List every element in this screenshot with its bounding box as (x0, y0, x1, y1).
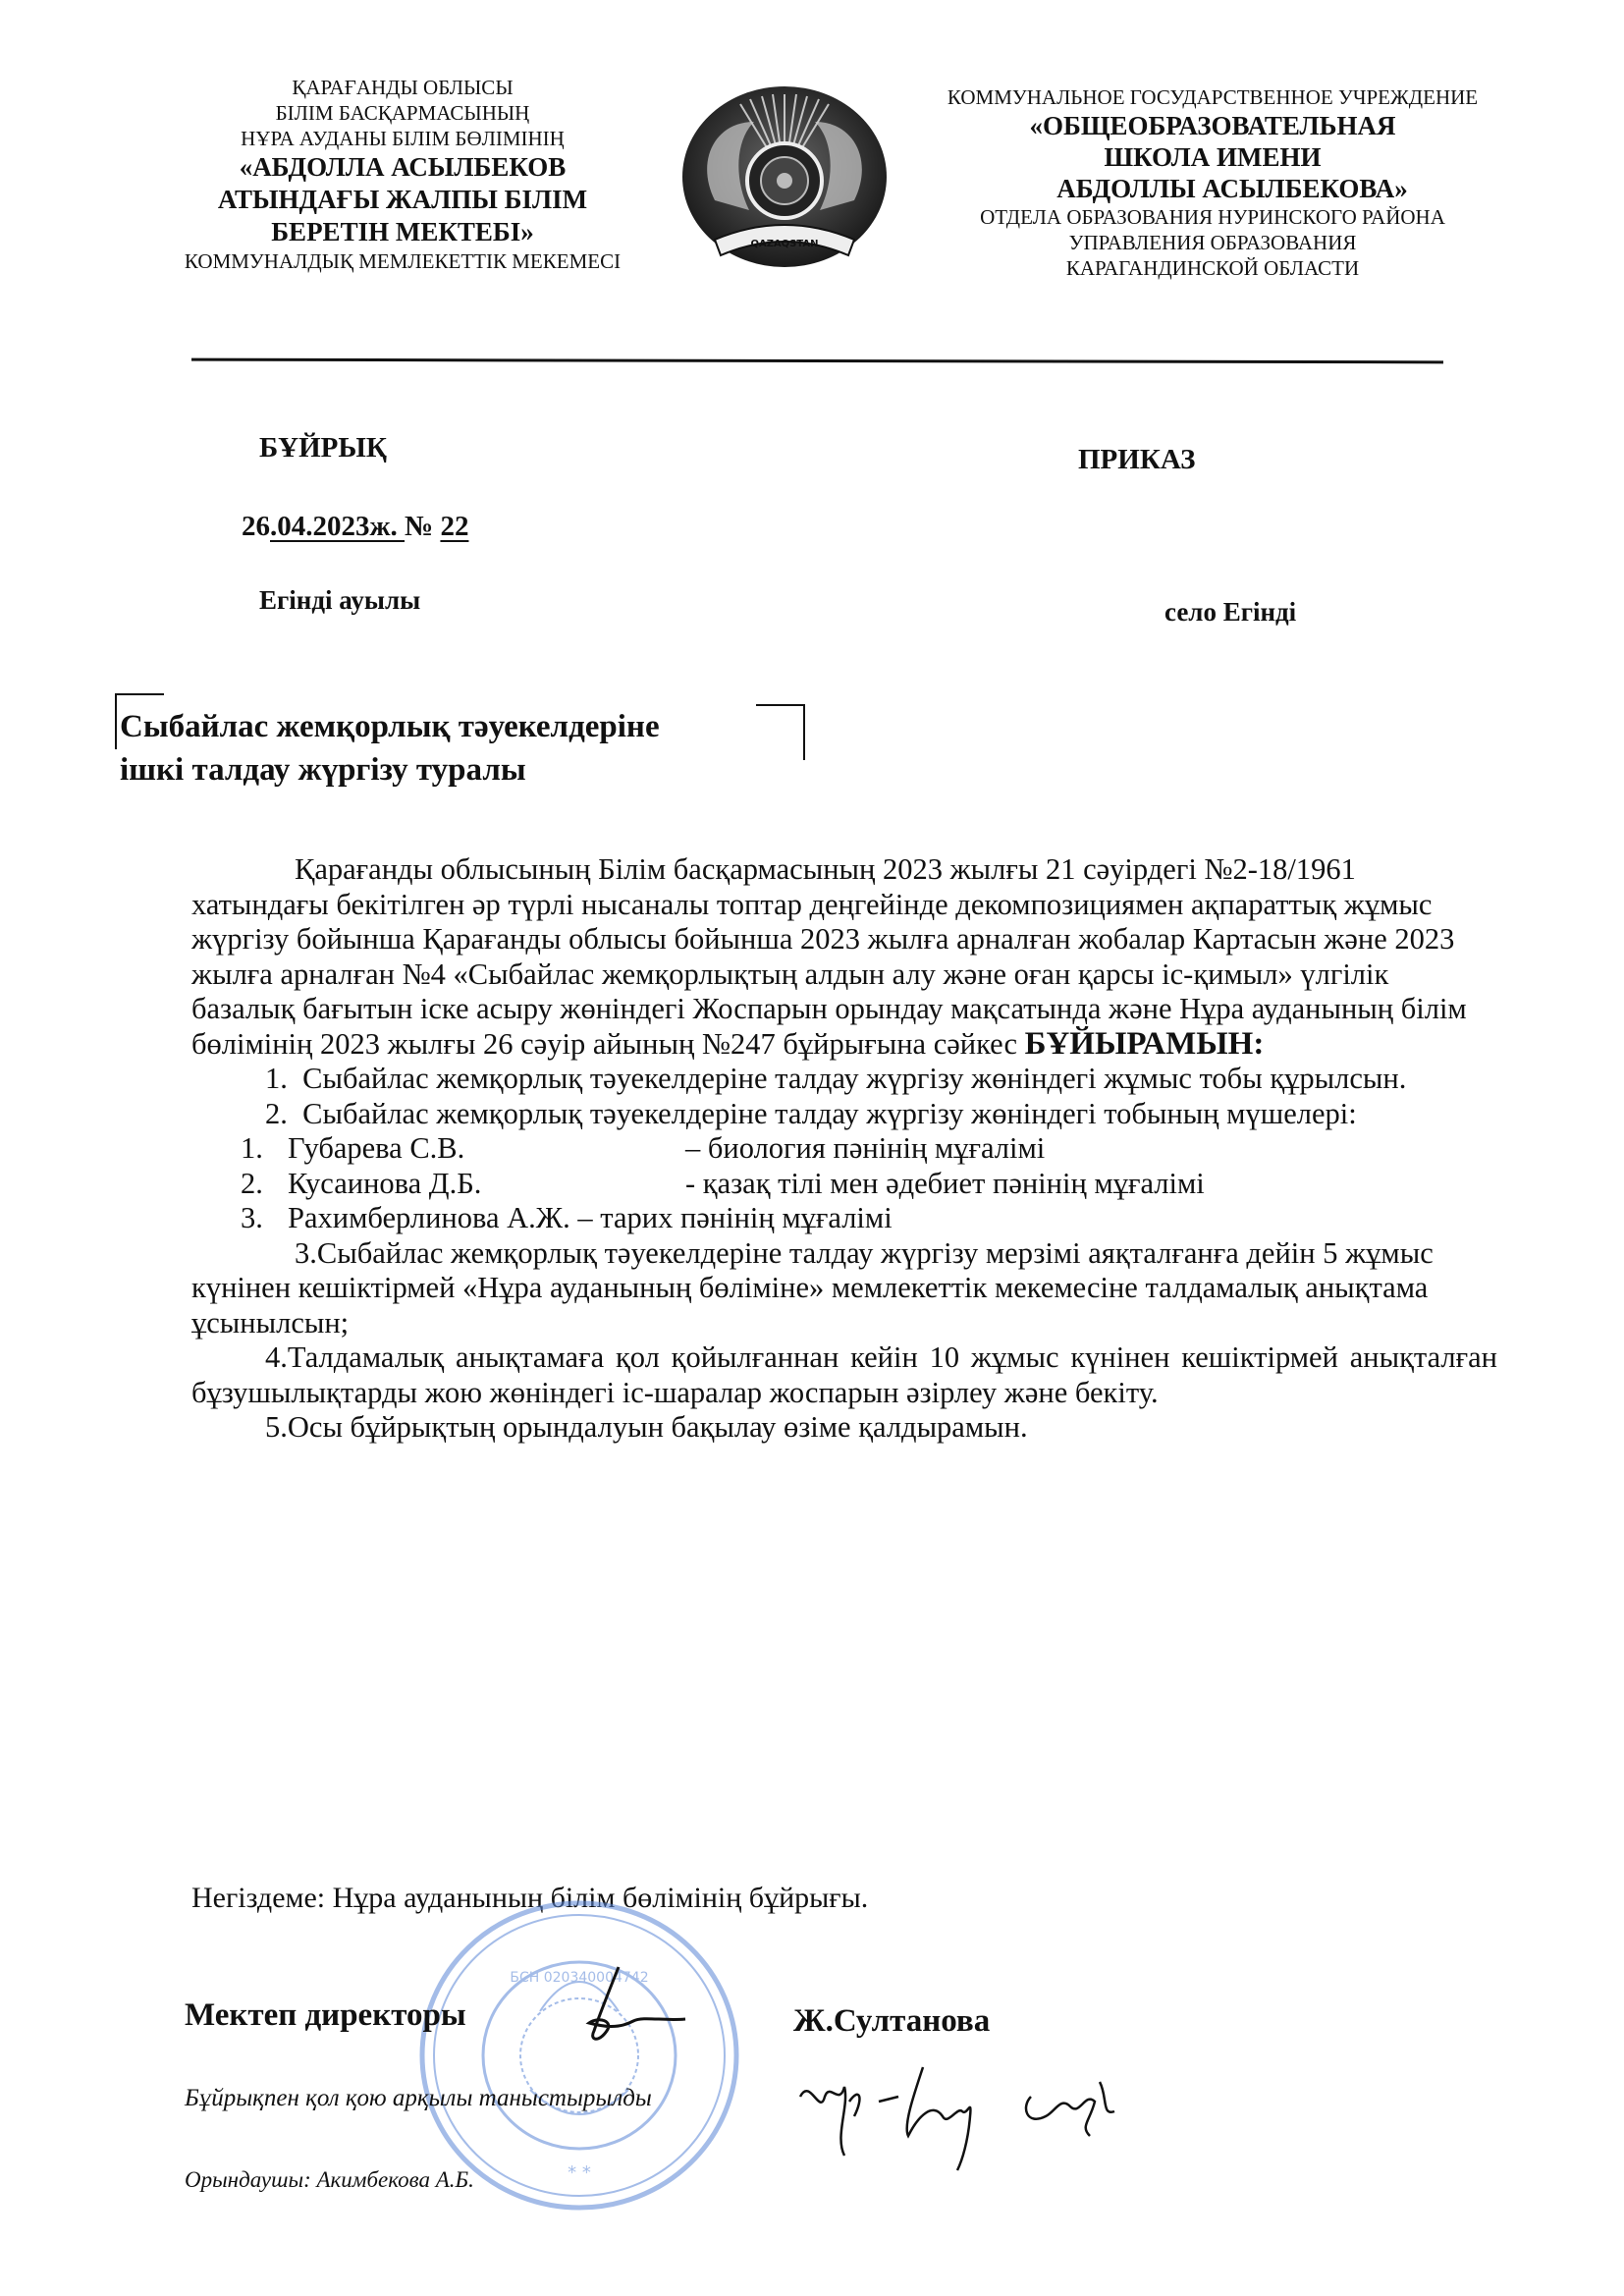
order-number-sign: № (405, 511, 440, 542)
preamble-paragraph: Қарағанды облысының Білім басқармасының … (191, 852, 1497, 1062)
order-date: .04.2023ж. (270, 511, 405, 542)
school-name-line: «АБДОЛЛА АСЫЛБЕКОВ (137, 151, 668, 184)
director-signature-icon (569, 1962, 687, 2050)
order-word: БҰЙЫРАМЫН: (1025, 1026, 1265, 1062)
order-item-2: 2. Сыбайлас жемқорлық тәуекелдеріне талд… (191, 1097, 1497, 1132)
header-line: БІЛІМ БАСҚАРМАСЫНЫҢ (137, 100, 668, 126)
order-date-number: 26.04.2023ж. № 22 (242, 511, 468, 543)
svg-text:QAZAQSTAN: QAZAQSTAN (750, 239, 818, 249)
header-left-kz: ҚАРАҒАНДЫ ОБЛЫСЫ БІЛІМ БАСҚАРМАСЫНЫҢ НҰР… (137, 75, 668, 274)
acknowledgement-signatures-icon (795, 2057, 1218, 2175)
member-row: 2. Кусаинова Д.Б. - қазақ тілі мен әдеби… (191, 1167, 1497, 1202)
header-line: УПРАВЛЕНИЯ ОБРАЗОВАНИЯ (903, 230, 1522, 255)
svg-text:* *: * * (568, 2162, 591, 2183)
member-name: Рахимберлинова А.Ж. – тарих пәнінің мұға… (288, 1201, 893, 1236)
order-item-5: 5.Осы бұйрықтың орындалуын бақылау өзіме… (191, 1410, 1497, 1446)
title-line: ішкі талдау жүргізу туралы (120, 748, 660, 792)
member-role: – биология пәнінің мұғалімі (685, 1131, 1045, 1167)
order-date-day: 26 (242, 511, 270, 542)
order-body: Қарағанды облысының Білім басқармасының … (191, 852, 1497, 1446)
member-row: 3. Рахимберлинова А.Ж. – тарих пәнінің м… (191, 1201, 1497, 1236)
header-line: ОТДЕЛА ОБРАЗОВАНИЯ НУРИНСКОГО РАЙОНА (903, 204, 1522, 230)
executor-line: Орындаушы: Акимбекова А.Б. (185, 2167, 474, 2193)
title-line: Сыбайлас жемқорлық тәуекелдеріне (120, 705, 660, 748)
school-name-line: ШКОЛА ИМЕНИ (903, 141, 1522, 173)
school-name-line: БЕРЕТІН МЕКТЕБІ» (137, 216, 668, 248)
header-line: КОММУНАЛЬНОЕ ГОСУДАРСТВЕННОЕ УЧРЕЖДЕНИЕ (903, 84, 1522, 110)
header-line: КАРАГАНДИНСКОЙ ОБЛАСТИ (903, 255, 1522, 281)
header-line: НҰРА АУДАНЫ БІЛІМ БӨЛІМІНІҢ (137, 126, 668, 151)
title-bracket-right (756, 704, 805, 760)
order-item-1: 1. Сыбайлас жемқорлық тәуекелдеріне талд… (191, 1062, 1497, 1097)
school-name-line: АБДОЛЛЫ АСЫЛБЕКОВА» (903, 173, 1522, 204)
member-name: Кусаинова Д.Б. (288, 1167, 685, 1202)
header-line: КОММУНАЛДЫҚ МЕМЛЕКЕТТІК МЕКЕМЕСІ (137, 248, 668, 274)
place-ru: село Егінді (1164, 597, 1296, 628)
member-row: 1. Губарева С.В. – биология пәнінің мұға… (191, 1131, 1497, 1167)
signer-title: Мектеп директоры (185, 1997, 466, 2034)
acknowledgement-line: Бұйрықпен қол қою арқылы таныстырылды (185, 2085, 652, 2112)
order-number: 22 (440, 511, 468, 542)
header-line: ҚАРАҒАНДЫ ОБЛЫСЫ (137, 75, 668, 100)
order-item-4: 4.Талдамалық анықтамаға қол қойылғаннан … (191, 1340, 1497, 1410)
header-divider (191, 358, 1443, 364)
kazakhstan-emblem-icon: QAZAQSTAN (676, 82, 893, 275)
order-item-3: 3.Сыбайлас жемқорлық тәуекелдеріне талда… (191, 1236, 1497, 1341)
order-type-ru: ПРИКАЗ (1078, 444, 1195, 476)
school-name-line: АТЫНДАҒЫ ЖАЛПЫ БІЛІМ (137, 184, 668, 216)
header-right-ru: КОММУНАЛЬНОЕ ГОСУДАРСТВЕННОЕ УЧРЕЖДЕНИЕ … (903, 84, 1522, 281)
place-kz: Егінді ауылы (259, 585, 420, 616)
order-type-kz: БҰЙРЫҚ (259, 432, 387, 465)
member-role: - қазақ тілі мен әдебиет пәнінің мұғалім… (685, 1167, 1205, 1202)
signer-name: Ж.Султанова (793, 2003, 990, 2040)
school-name-line: «ОБЩЕОБРАЗОВАТЕЛЬНАЯ (903, 110, 1522, 141)
order-title: Сыбайлас жемқорлық тәуекелдеріне ішкі та… (120, 705, 660, 792)
member-name: Губарева С.В. (288, 1131, 685, 1167)
